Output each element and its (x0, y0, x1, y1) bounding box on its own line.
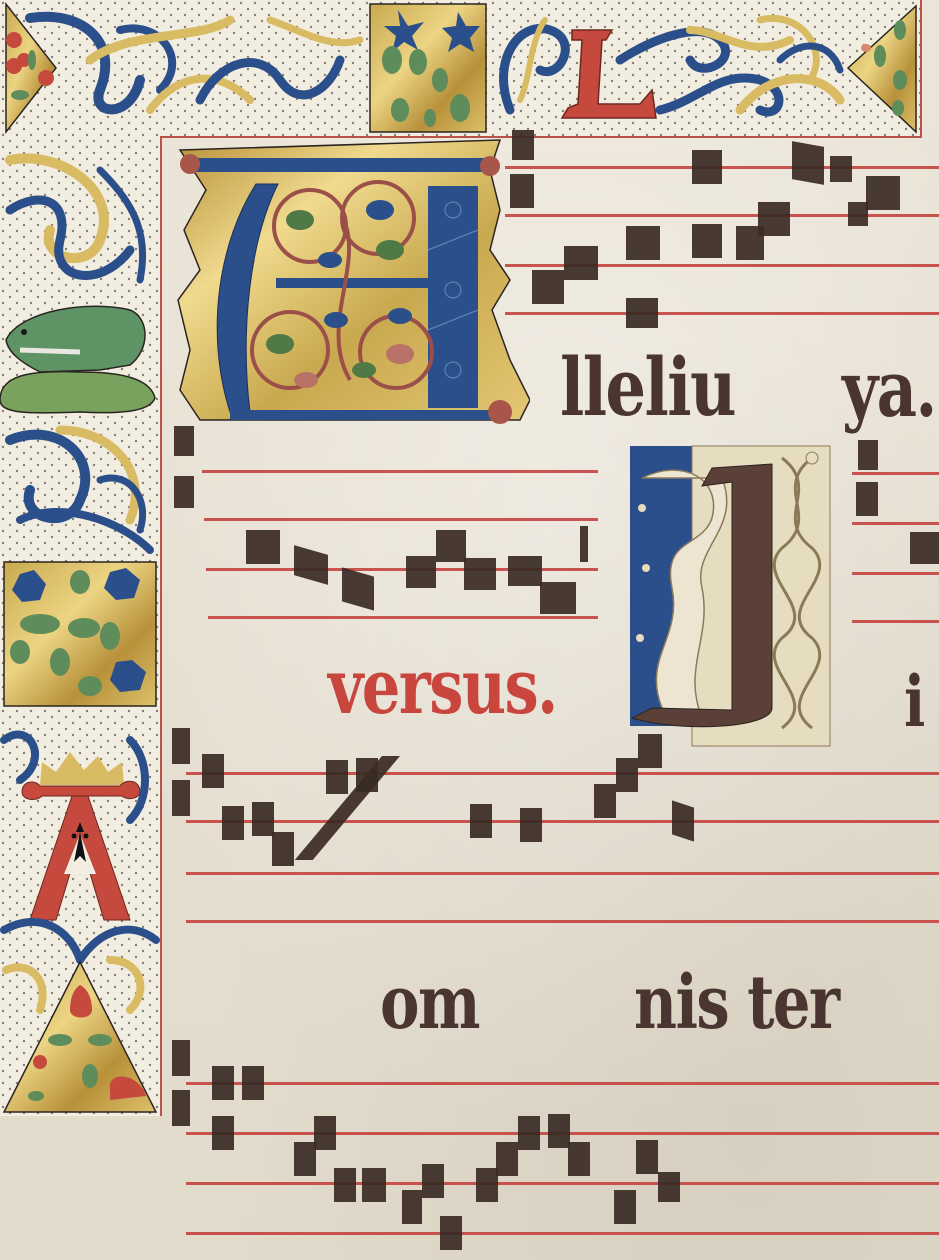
staff-line (186, 820, 939, 823)
lyric-i-fragment: i (904, 660, 924, 743)
neume (212, 1066, 234, 1100)
neume (294, 1142, 316, 1176)
neume (540, 582, 576, 614)
neume (222, 806, 244, 840)
staff-line (852, 522, 939, 525)
lyric-alleluia-fragment: lleliu (560, 340, 735, 434)
neume (594, 784, 616, 818)
neume (848, 202, 868, 226)
neume (638, 734, 662, 768)
c-clef-lower (172, 780, 190, 816)
neume (436, 530, 466, 562)
frog-illustration (0, 306, 155, 413)
neume (548, 1114, 570, 1148)
historiated-initial-a (160, 130, 530, 430)
left-border (0, 136, 162, 1116)
neume (246, 530, 280, 564)
neume (532, 270, 564, 304)
neume (242, 1066, 264, 1100)
neume (858, 440, 878, 470)
neume (362, 1168, 386, 1202)
top-border-ornament (0, 0, 920, 136)
staff-line (505, 214, 939, 217)
c-clef-lower (174, 476, 194, 508)
neume (580, 526, 588, 562)
neume (422, 1164, 444, 1198)
neume (626, 226, 660, 260)
staff-line (186, 772, 939, 775)
neume (830, 156, 852, 182)
neume (406, 556, 436, 588)
neume (496, 1142, 518, 1176)
staff-line (852, 472, 939, 475)
staff-line (852, 620, 939, 623)
neume (314, 1116, 336, 1150)
lyric-ya-fragment: ya. (842, 344, 936, 435)
neume (866, 176, 900, 210)
neume (658, 1172, 680, 1202)
top-border (0, 0, 922, 138)
neume (758, 202, 790, 236)
staff-line (505, 312, 939, 315)
neume (636, 1140, 658, 1174)
c-clef-upper (174, 426, 194, 456)
neume (470, 804, 492, 838)
neume (212, 1116, 234, 1150)
lyric-om-fragment: om (380, 960, 479, 1046)
staff-line (186, 872, 939, 875)
c-clef-upper (172, 728, 190, 764)
c-clef-lower (510, 174, 534, 208)
left-border-ornament (0, 136, 160, 1116)
neume (402, 1190, 422, 1224)
neume (326, 760, 348, 794)
neume (626, 298, 658, 328)
staff-line (202, 470, 598, 473)
staff-line (186, 920, 939, 923)
neume (476, 1168, 498, 1202)
neume (464, 558, 496, 590)
neume (508, 556, 542, 586)
staff-line (186, 1232, 939, 1235)
neume (202, 754, 224, 788)
neume (568, 1142, 590, 1176)
neume (616, 758, 638, 792)
staff-line (186, 1182, 939, 1185)
staff-line (852, 572, 939, 575)
staff-line (186, 1082, 939, 1085)
neume (272, 832, 294, 866)
c-clef-lower (172, 1090, 190, 1126)
neume (564, 246, 598, 280)
neume (692, 150, 722, 184)
neume (910, 532, 939, 564)
neume (672, 800, 694, 841)
staff-line (204, 518, 598, 521)
neume (440, 1216, 462, 1250)
c-clef-upper (512, 130, 534, 160)
staff-line (505, 166, 939, 169)
neume (518, 1116, 540, 1150)
neume (692, 224, 722, 258)
staff-line (208, 616, 598, 619)
neume (334, 1168, 356, 1202)
neume (252, 802, 274, 836)
lyric-nis-ter-fragment: nis ter (634, 960, 838, 1046)
neume (614, 1190, 636, 1224)
c-clef-upper (172, 1040, 190, 1076)
neume (520, 808, 542, 842)
decorated-initial-i (622, 438, 832, 748)
neume (856, 482, 878, 516)
neume (792, 141, 824, 185)
rubric-versus: versus. (328, 642, 557, 731)
